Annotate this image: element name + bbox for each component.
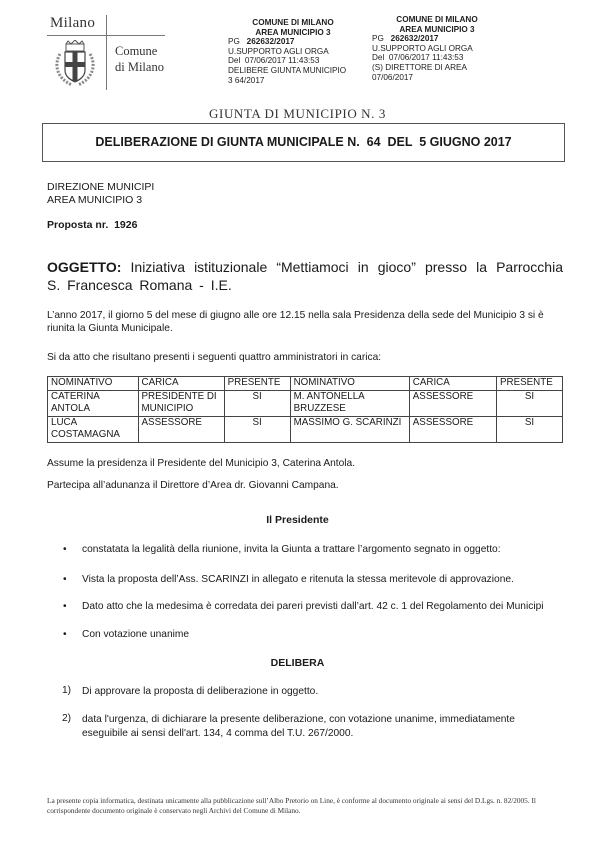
logo-comune-text: Comune di Milano [115, 43, 164, 75]
bullet-item: constatata la legalità della riunione, i… [82, 544, 501, 555]
intro-paragraph: L’anno 2017, il giorno 5 del mese di giu… [47, 309, 563, 335]
bullet-item: Con votazione unanime [82, 629, 189, 640]
delibera-item-text: data l'urgenza, di dichiarare la present… [82, 713, 552, 741]
bullet-icon: • [63, 544, 67, 555]
direzione-block: DIREZIONE MUNICIPI AREA MUNICIPIO 3 [47, 181, 154, 206]
proposta-number: Proposta nr. 1926 [47, 219, 137, 231]
footer-legal-note: La presente copia informatica, destinata… [47, 796, 547, 815]
oggetto-paragraph: OGGETTO: Iniziativa istituzionale “Metti… [47, 258, 563, 294]
table-header-cell: NOMINATIVO [48, 377, 139, 391]
table-cell: PRESIDENTE DI MUNICIPIO [138, 390, 224, 416]
deliberation-title: DELIBERAZIONE DI GIUNTA MUNICIPALE N. 64… [43, 124, 564, 161]
partecipa-direttore: Partecipa all’adunanza il Direttore d’Ar… [47, 480, 339, 491]
table-cell: SI [224, 390, 290, 416]
oggetto-label: OGGETTO: [47, 259, 121, 275]
protocol-stamp-2: COMUNE DI MILANO AREA MUNICIPIO 3 PG 262… [372, 15, 502, 82]
stamp-pg: PG 262632/2017 [228, 37, 358, 47]
stamp-extra1: DELIBERE GIUNTA MUNICIPIO [228, 66, 358, 76]
table-header-cell: NOMINATIVO [290, 377, 409, 391]
oggetto-text: Iniziativa istituzionale “Mettiamoci in … [47, 259, 563, 293]
delibera-item-text: Di approvare la proposta di deliberazion… [82, 685, 552, 699]
table-cell: ASSESSORE [409, 390, 496, 416]
logo-comune-line2: di Milano [115, 59, 164, 75]
bullet-item: Vista la proposta dell’Ass. SCARINZI in … [82, 574, 514, 585]
table-cell: SI [496, 416, 562, 442]
delibera-item-number: 2) [62, 713, 71, 724]
stamp-extra2: 3 64/2017 [228, 76, 358, 86]
logo-divider-vertical [106, 15, 107, 90]
bullet-icon: • [63, 629, 67, 640]
direzione-line2: AREA MUNICIPIO 3 [47, 194, 154, 207]
assume-presidenza: Assume la presidenza il Presidente del M… [47, 458, 355, 469]
presidente-heading: Il Presidente [0, 514, 595, 526]
direzione-line1: DIREZIONE MUNICIPI [47, 181, 154, 194]
stamp-extra2: 07/06/2017 [372, 73, 502, 83]
table-cell: ASSESSORE [409, 416, 496, 442]
delibera-item-number: 1) [62, 685, 71, 696]
stamp-area: AREA MUNICIPIO 3 [228, 28, 358, 38]
deliberation-title-box: DELIBERAZIONE DI GIUNTA MUNICIPALE N. 64… [42, 123, 565, 162]
logo-city-name: Milano [50, 15, 95, 32]
table-cell: SI [496, 390, 562, 416]
si-da-atto-paragraph: Si da atto che risultano presenti i segu… [47, 352, 381, 363]
table-header-cell: PRESENTE [224, 377, 290, 391]
bullet-icon: • [63, 601, 67, 612]
stamp-date: Del 07/06/2017 11:43:53 [372, 53, 502, 63]
table-header-row: NOMINATIVO CARICA PRESENTE NOMINATIVO CA… [48, 377, 563, 391]
table-cell: CATERINA ANTOLA [48, 390, 139, 416]
table-header-cell: CARICA [409, 377, 496, 391]
stamp-comune: COMUNE DI MILANO [372, 15, 502, 25]
table-row: CATERINA ANTOLA PRESIDENTE DI MUNICIPIO … [48, 390, 563, 416]
table-cell: LUCA COSTAMAGNA [48, 416, 139, 442]
table-cell: M. ANTONELLA BRUZZESE [290, 390, 409, 416]
stamp-office: U.SUPPORTO AGLI ORGA [228, 47, 358, 57]
giunta-heading: GIUNTA DI MUNICIPIO N. 3 [0, 106, 595, 122]
stamp-date: Del 07/06/2017 11:43:53 [228, 56, 358, 66]
stamp-office: U.SUPPORTO AGLI ORGA [372, 44, 502, 54]
stamp-area: AREA MUNICIPIO 3 [372, 25, 502, 35]
table-cell: ASSESSORE [138, 416, 224, 442]
table-row: LUCA COSTAMAGNA ASSESSORE SI MASSIMO G. … [48, 416, 563, 442]
stamp-pg: PG 262632/2017 [372, 34, 502, 44]
protocol-stamp-1: COMUNE DI MILANO AREA MUNICIPIO 3 PG 262… [228, 18, 358, 85]
table-cell: SI [224, 416, 290, 442]
stamp-comune: COMUNE DI MILANO [228, 18, 358, 28]
administrators-table: NOMINATIVO CARICA PRESENTE NOMINATIVO CA… [47, 376, 563, 443]
delibera-heading: DELIBERA [0, 657, 595, 669]
table-cell: MASSIMO G. SCARINZI [290, 416, 409, 442]
logo-comune-line1: Comune [115, 43, 164, 59]
bullet-item: Dato atto che la medesima è corredata de… [82, 601, 544, 612]
table-header-cell: CARICA [138, 377, 224, 391]
stamp-extra1: (S) DIRETTORE DI AREA [372, 63, 502, 73]
milano-coat-of-arms-icon [52, 40, 98, 88]
bullet-icon: • [63, 574, 67, 585]
table-header-cell: PRESENTE [496, 377, 562, 391]
